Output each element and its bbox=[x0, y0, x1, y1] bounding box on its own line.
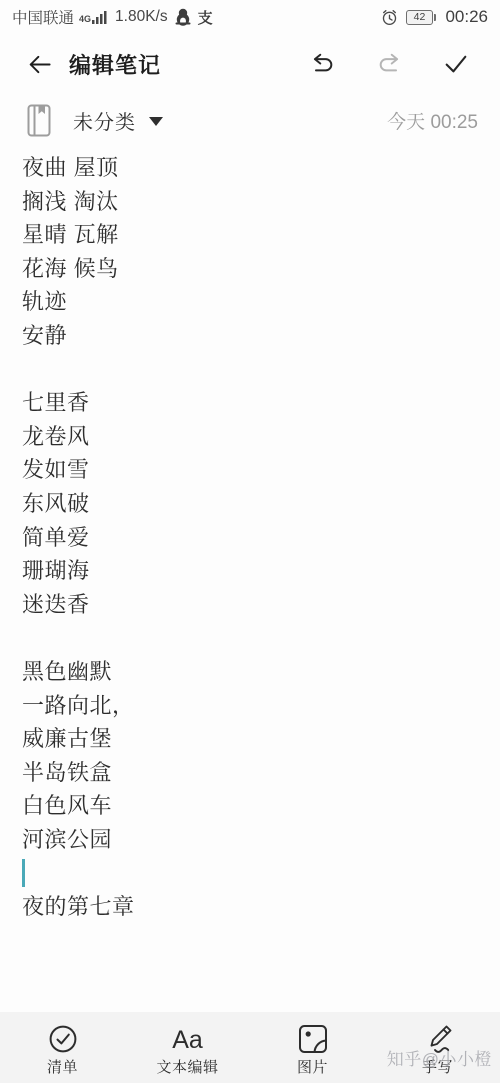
bottom-toolbar: 清单 Aa 文本编辑 图片 手写 bbox=[0, 1012, 500, 1083]
handwriting-icon bbox=[422, 1022, 454, 1054]
category-label: 未分类 bbox=[73, 106, 136, 135]
note-timestamp: 今天 00:25 bbox=[387, 107, 478, 134]
note-line[interactable]: 夜曲 屋顶 bbox=[22, 151, 480, 185]
image-button[interactable]: 图片 bbox=[250, 1012, 375, 1083]
back-arrow-icon[interactable] bbox=[26, 51, 53, 78]
note-line[interactable]: 龙卷风 bbox=[22, 420, 480, 454]
status-bar: 中国联通 4G 1.80K/s 支 bbox=[0, 0, 500, 32]
checklist-label: 清单 bbox=[47, 1056, 78, 1077]
undo-icon[interactable] bbox=[310, 52, 336, 76]
network-speed: 1.80K/s bbox=[115, 8, 168, 26]
text-edit-icon: Aa bbox=[172, 1022, 203, 1054]
note-line[interactable]: 夜的第七章 bbox=[22, 890, 480, 924]
checklist-button[interactable]: 清单 bbox=[0, 1012, 125, 1083]
note-line[interactable]: 发如雪 bbox=[22, 453, 480, 487]
note-line[interactable]: 搁浅 淘汰 bbox=[22, 185, 480, 219]
signal-bars-icon: 4G bbox=[79, 10, 108, 24]
note-line[interactable]: 花海 候鸟 bbox=[22, 252, 480, 286]
note-line[interactable] bbox=[22, 353, 480, 387]
note-line[interactable]: 迷迭香 bbox=[22, 588, 480, 622]
handwriting-label: 手写 bbox=[422, 1056, 453, 1077]
notebook-icon bbox=[27, 104, 51, 137]
status-time: 00:26 bbox=[445, 7, 488, 27]
handwriting-button[interactable]: 手写 bbox=[375, 1012, 500, 1083]
note-line[interactable]: 轨迹 bbox=[22, 285, 480, 319]
qq-penguin-icon bbox=[175, 8, 191, 26]
text-edit-button[interactable]: Aa 文本编辑 bbox=[125, 1012, 250, 1083]
note-line[interactable]: 白色风车 bbox=[22, 789, 480, 823]
title-bar: 编辑笔记 bbox=[0, 32, 500, 92]
confirm-check-icon[interactable] bbox=[442, 51, 470, 77]
image-icon bbox=[298, 1022, 328, 1054]
network-badge: 4G bbox=[79, 15, 91, 24]
note-line[interactable]: 威廉古堡 bbox=[22, 722, 480, 756]
battery-level: 42 bbox=[414, 11, 426, 23]
battery-icon: 42 bbox=[406, 10, 437, 25]
note-line[interactable] bbox=[22, 621, 480, 655]
note-line[interactable]: 七里香 bbox=[22, 386, 480, 420]
category-selector[interactable]: 未分类 bbox=[27, 104, 163, 137]
note-line[interactable]: 珊瑚海 bbox=[22, 554, 480, 588]
note-line[interactable]: 一路向北， bbox=[22, 689, 480, 723]
text-cursor bbox=[22, 859, 25, 887]
note-line[interactable]: 黑色幽默 bbox=[22, 655, 480, 689]
note-line[interactable]: 半岛铁盒 bbox=[22, 756, 480, 790]
page-title: 编辑笔记 bbox=[69, 49, 161, 80]
note-meta-row: 未分类 今天 00:25 bbox=[0, 92, 500, 148]
note-line[interactable]: 安静 bbox=[22, 319, 480, 353]
image-label: 图片 bbox=[297, 1056, 328, 1077]
checklist-icon bbox=[48, 1022, 78, 1054]
note-editor[interactable]: 夜曲 屋顶搁浅 淘汰星晴 瓦解花海 候鸟轨迹安静七里香龙卷风发如雪东风破简单爱珊… bbox=[0, 148, 500, 924]
text-edit-label: 文本编辑 bbox=[156, 1056, 218, 1077]
note-line[interactable] bbox=[22, 856, 480, 890]
note-line[interactable]: 简单爱 bbox=[22, 521, 480, 555]
carrier-label: 中国联通 bbox=[12, 6, 74, 28]
chevron-down-icon bbox=[149, 117, 163, 126]
note-line[interactable]: 河滨公园 bbox=[22, 823, 480, 857]
note-line[interactable]: 星晴 瓦解 bbox=[22, 218, 480, 252]
redo-icon[interactable] bbox=[376, 52, 402, 76]
note-line[interactable]: 东风破 bbox=[22, 487, 480, 521]
alipay-icon: 支 bbox=[198, 7, 213, 28]
alarm-clock-icon bbox=[380, 8, 399, 27]
